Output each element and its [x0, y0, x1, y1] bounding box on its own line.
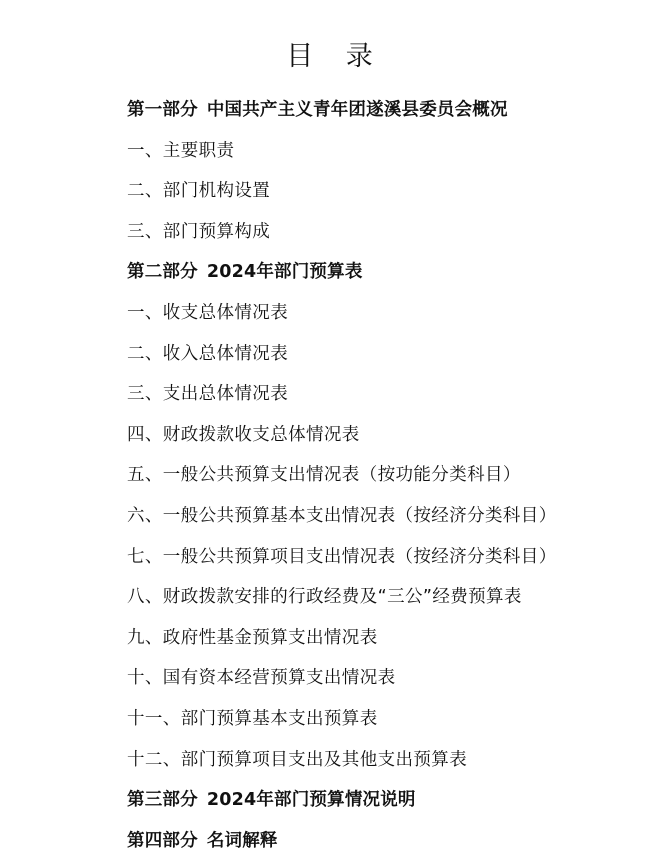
part-title: 2024年部门预算情况说明	[207, 790, 416, 810]
toc-item: 十二、部门预算项目支出及其他支出预算表	[127, 746, 647, 787]
toc-item-label: 十、国有资本经营预算支出情况表	[127, 668, 396, 688]
toc-item-label: 五、一般公共预算支出情况表（按功能分类科目）	[127, 465, 521, 485]
part-title: 名词解释	[207, 831, 278, 851]
toc-item: 一、收支总体情况表	[127, 299, 647, 340]
toc-item: 三、部门预算构成	[127, 218, 647, 259]
toc-part-3: 第三部分2024年部门预算情况说明	[127, 786, 647, 827]
page-title: 目 录	[0, 40, 665, 74]
toc-item: 六、一般公共预算基本支出情况表（按经济分类科目）	[127, 502, 647, 543]
part-prefix: 第一部分	[127, 100, 198, 120]
toc-part-4: 第四部分名词解释	[127, 827, 647, 860]
part-prefix: 第四部分	[127, 831, 198, 851]
toc-item-label: 二、部门机构设置	[127, 181, 270, 201]
toc-item: 二、部门机构设置	[127, 177, 647, 218]
toc-item-label: 一、主要职责	[127, 141, 234, 161]
toc-item-label: 七、一般公共预算项目支出情况表（按经济分类科目）	[127, 547, 557, 567]
toc-item-label: 九、政府性基金预算支出情况表	[127, 628, 378, 648]
toc-item-label: 八、财政拨款安排的行政经费及“三公”经费预算表	[127, 587, 522, 607]
toc-item: 三、支出总体情况表	[127, 380, 647, 421]
toc-item: 七、一般公共预算项目支出情况表（按经济分类科目）	[127, 543, 647, 584]
toc-item: 一、主要职责	[127, 137, 647, 178]
toc-item: 十一、部门预算基本支出预算表	[127, 705, 647, 746]
table-of-contents: 第一部分中国共产主义青年团遂溪县委员会概况 一、主要职责 二、部门机构设置 三、…	[127, 96, 647, 860]
toc-part-2: 第二部分2024年部门预算表	[127, 258, 647, 299]
part-prefix: 第二部分	[127, 262, 198, 282]
toc-item: 八、财政拨款安排的行政经费及“三公”经费预算表	[127, 583, 647, 624]
toc-item-label: 十二、部门预算项目支出及其他支出预算表	[127, 750, 467, 770]
document-page: 目 录 第一部分中国共产主义青年团遂溪县委员会概况 一、主要职责 二、部门机构设…	[0, 0, 665, 860]
part-prefix: 第三部分	[127, 790, 198, 810]
toc-item-label: 六、一般公共预算基本支出情况表（按经济分类科目）	[127, 506, 557, 526]
toc-item: 二、收入总体情况表	[127, 340, 647, 381]
toc-item: 五、一般公共预算支出情况表（按功能分类科目）	[127, 461, 647, 502]
toc-item: 九、政府性基金预算支出情况表	[127, 624, 647, 665]
toc-item-label: 二、收入总体情况表	[127, 344, 288, 364]
toc-item: 十、国有资本经营预算支出情况表	[127, 664, 647, 705]
toc-item-label: 三、支出总体情况表	[127, 384, 288, 404]
toc-item-label: 三、部门预算构成	[127, 222, 270, 242]
toc-item-label: 四、财政拨款收支总体情况表	[127, 425, 360, 445]
toc-item: 四、财政拨款收支总体情况表	[127, 421, 647, 462]
part-title: 中国共产主义青年团遂溪县委员会概况	[207, 100, 508, 120]
toc-item-label: 一、收支总体情况表	[127, 303, 288, 323]
part-title: 2024年部门预算表	[207, 262, 363, 282]
toc-part-1: 第一部分中国共产主义青年团遂溪县委员会概况	[127, 96, 647, 137]
toc-item-label: 十一、部门预算基本支出预算表	[127, 709, 378, 729]
